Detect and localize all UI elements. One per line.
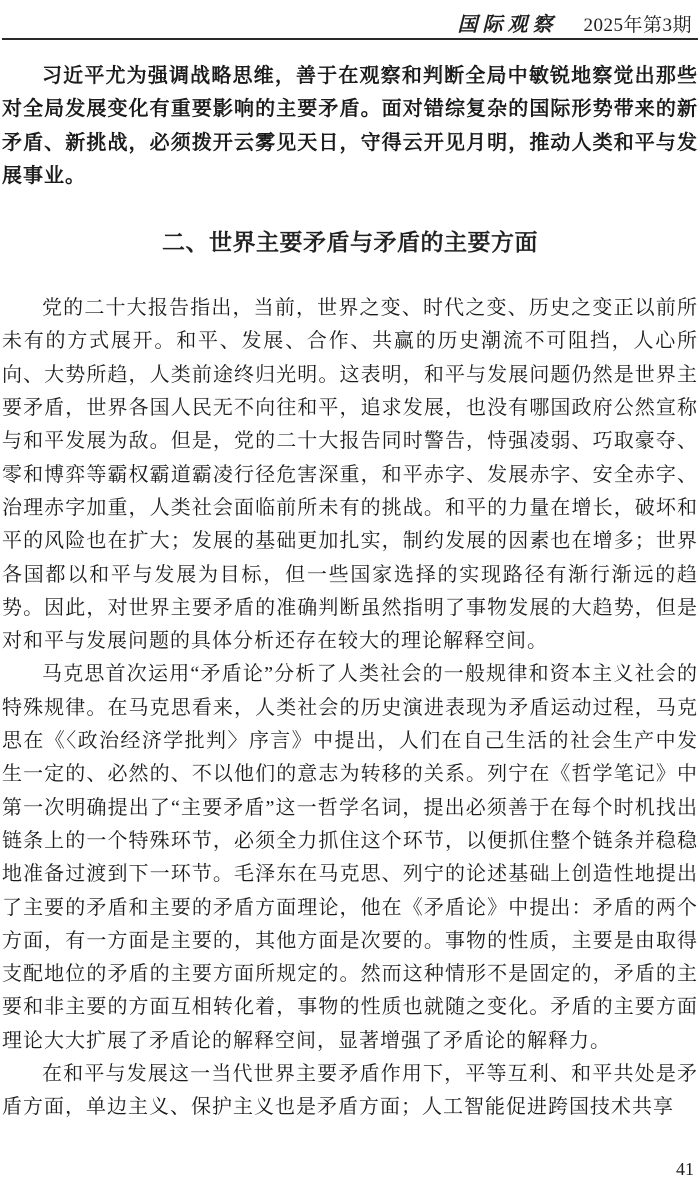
issue-label: 2025年第3期 [583, 10, 692, 37]
page-footer: 41 [676, 1159, 694, 1180]
header-rule [2, 38, 698, 40]
running-head: 国际观察 2025年第3期 [2, 0, 698, 34]
article-body: 习近平尤为强调战略思维，善于在观察和判断全局中敏锐地察觉出那些对全局发展变化有重… [2, 60, 698, 1125]
body-paragraph-2: 马克思首次运用“矛盾论”分析了人类社会的一般规律和资本主义社会的特殊规律。在马克… [2, 658, 698, 1058]
journal-name: 国际观察 [457, 8, 557, 37]
lead-paragraph: 习近平尤为强调战略思维，善于在观察和判断全局中敏锐地察觉出那些对全局发展变化有重… [2, 60, 698, 193]
page-number: 41 [676, 1159, 694, 1179]
body-paragraph-1: 党的二十大报告指出，当前，世界之变、时代之变、历史之变正以前所未有的方式展开。和… [2, 292, 698, 658]
section-heading: 二、世界主要矛盾与矛盾的主要方面 [2, 225, 698, 259]
body-paragraph-3: 在和平与发展这一当代世界主要矛盾作用下，平等互利、和平共处是矛盾方面，单边主义、… [2, 1058, 698, 1125]
journal-page: 国际观察 2025年第3期 习近平尤为强调战略思维，善于在观察和判断全局中敏锐地… [0, 0, 700, 1194]
